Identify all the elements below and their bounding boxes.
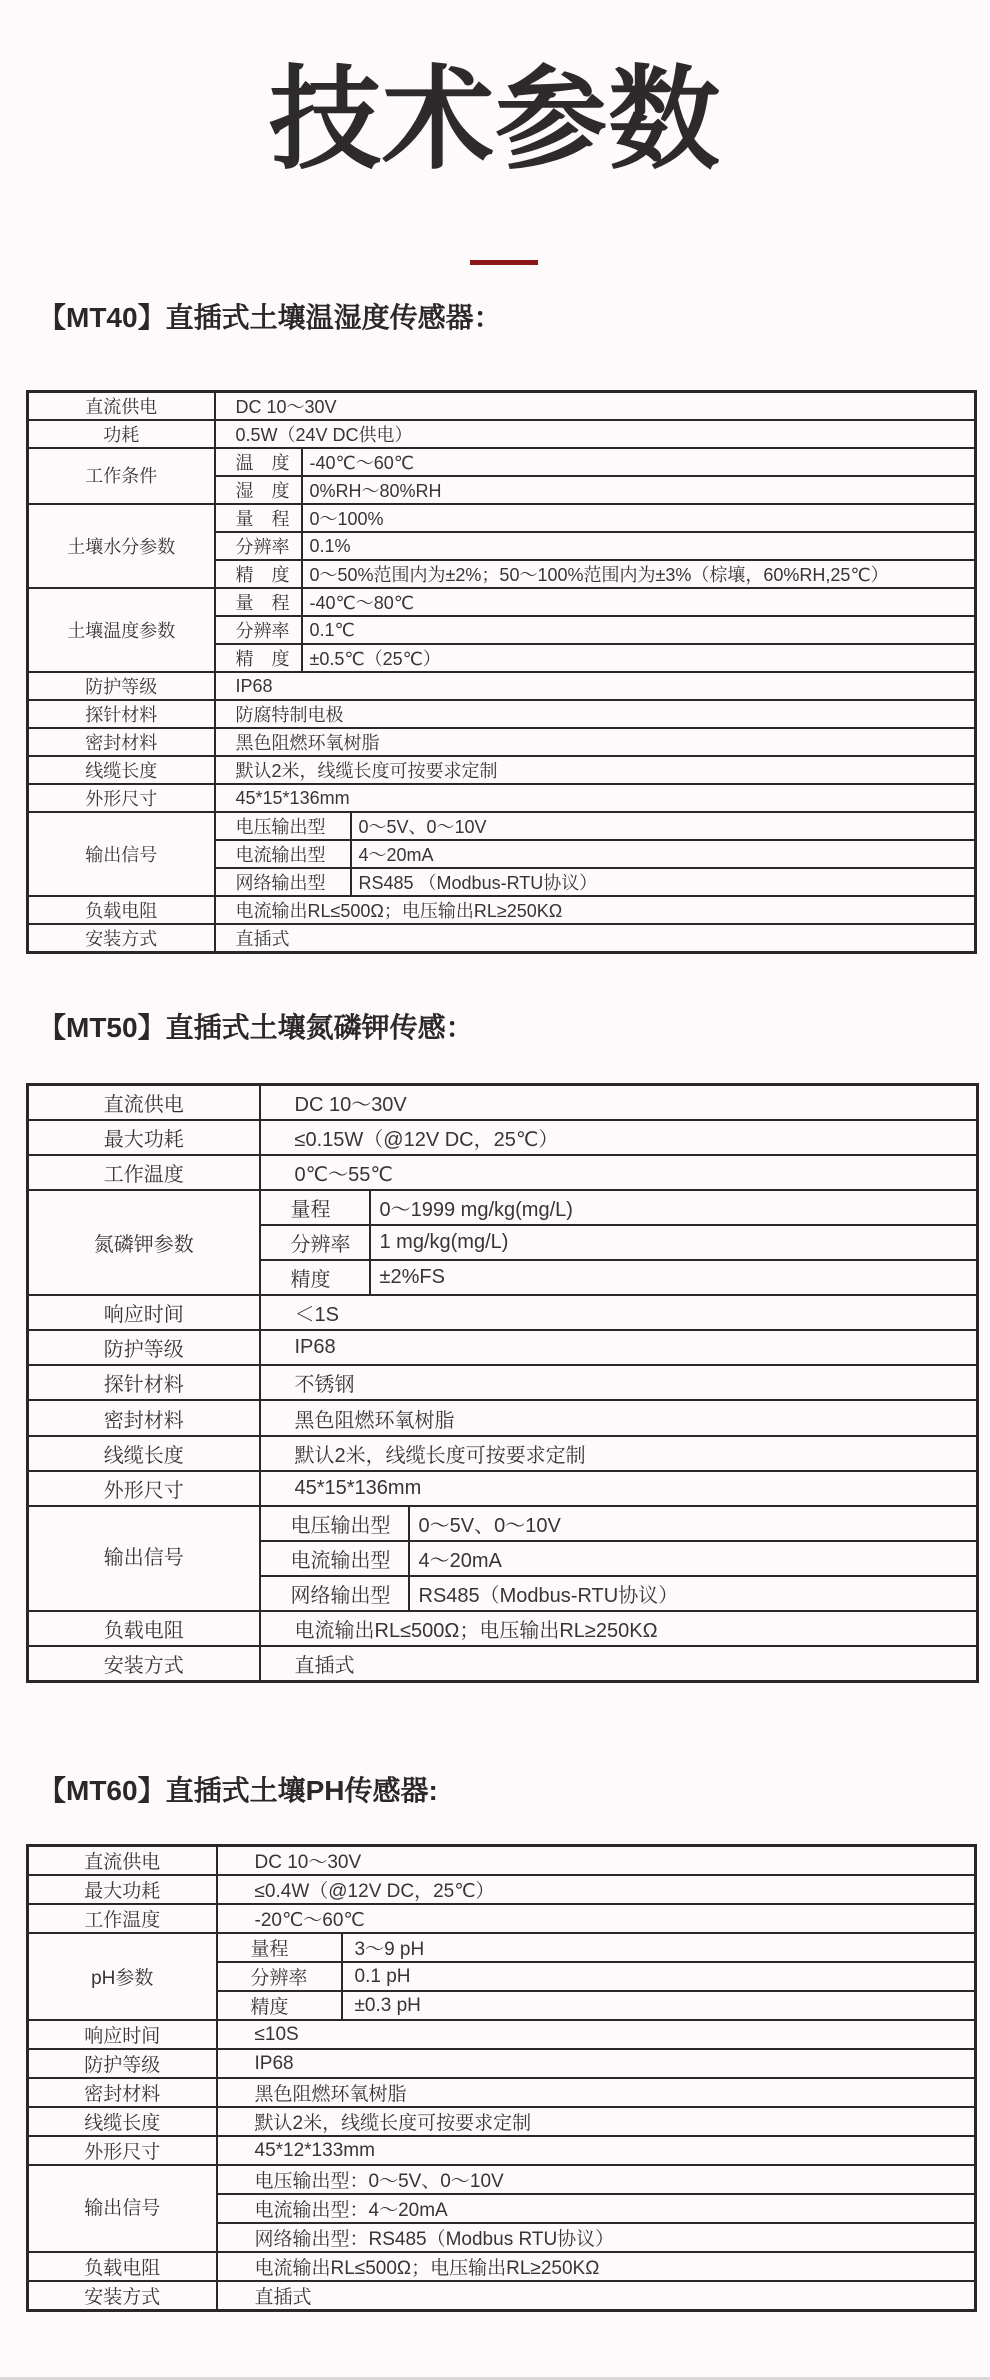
table-row: 防护等级IP68 [28, 1330, 978, 1365]
row-label: 工作温度 [28, 1904, 217, 1933]
spec-page: 技术参数 【MT40】直插式土壤温湿度传感器： 直流供电DC 10～30V功耗0… [0, 0, 990, 2380]
row-label: 直流供电 [28, 1846, 217, 1876]
row-value: IP68 [215, 672, 976, 700]
row-label: 工作条件 [28, 448, 215, 504]
table-row: 防护等级IP68 [28, 672, 976, 700]
table-row: 工作温度0℃～55℃ [28, 1155, 978, 1190]
row-value: 电流输出RL≤500Ω；电压输出RL≥250KΩ [215, 896, 976, 924]
row-value: -20℃～60℃ [217, 1904, 976, 1933]
row-label: 负载电阻 [28, 1611, 260, 1646]
row-sublabel: 分辨率 [215, 616, 302, 644]
row-value: 电流输出RL≤500Ω；电压输出RL≥250KΩ [260, 1611, 978, 1646]
row-label: 密封材料 [28, 1400, 260, 1435]
row-value: 电流输出型：4～20mA [217, 2194, 976, 2223]
row-value: -40℃～80℃ [302, 588, 976, 616]
table-row: 负载电阻电流输出RL≤500Ω；电压输出RL≥250KΩ [28, 1611, 978, 1646]
table-row: 线缆长度默认2米，线缆长度可按要求定制 [28, 1436, 978, 1471]
row-label: 功耗 [28, 420, 215, 448]
table-row: 工作条件温 度-40℃～60℃ [28, 448, 976, 476]
spec-table-mt60: 直流供电DC 10～30V最大功耗≤0.4W（@12V DC，25℃）工作温度-… [26, 1844, 977, 2312]
row-value: 0.1% [302, 532, 976, 560]
table-row: 线缆长度默认2米，线缆长度可按要求定制 [28, 2107, 976, 2136]
row-value: 45*15*136mm [260, 1471, 978, 1506]
table-row: 直流供电DC 10～30V [28, 392, 976, 421]
table-row: 探针材料不锈钢 [28, 1365, 978, 1400]
row-value: RS485 （Modbus-RTU协议） [351, 868, 976, 896]
table-row: 防护等级IP68 [28, 2049, 976, 2078]
table-row: 密封材料黑色阻燃环氧树脂 [28, 1400, 978, 1435]
row-value: ≤0.4W（@12V DC，25℃） [217, 1875, 976, 1904]
row-value: 电压输出型：0～5V、0～10V [217, 2165, 976, 2194]
table-row: 响应时间≤10S [28, 2020, 976, 2049]
row-label: 直流供电 [28, 392, 215, 421]
row-label: 外形尺寸 [28, 1471, 260, 1506]
table-row: 土壤温度参数量 程-40℃～80℃ [28, 588, 976, 616]
page-title: 技术参数 [0, 55, 990, 185]
row-value: DC 10～30V [217, 1846, 976, 1876]
table-row: 负载电阻电流输出RL≤500Ω；电压输出RL≥250KΩ [28, 2252, 976, 2281]
table-row: 探针材料防腐特制电极 [28, 700, 976, 728]
table-row: 负载电阻电流输出RL≤500Ω；电压输出RL≥250KΩ [28, 896, 976, 924]
row-sublabel: 分辨率 [215, 532, 302, 560]
table-row: 外形尺寸45*12*133mm [28, 2136, 976, 2165]
row-value: 不锈钢 [260, 1365, 978, 1400]
table-row: 外形尺寸45*15*136mm [28, 784, 976, 812]
row-value: 默认2米，线缆长度可按要求定制 [260, 1436, 978, 1471]
row-label: 工作温度 [28, 1155, 260, 1190]
row-value: ±2%FS [370, 1260, 978, 1295]
table-row: 土壤水分参数量 程0～100% [28, 504, 976, 532]
row-sublabel: 量 程 [215, 588, 302, 616]
row-sublabel: 精 度 [215, 560, 302, 588]
row-sublabel: 精 度 [215, 644, 302, 672]
row-label: 线缆长度 [28, 1436, 260, 1471]
row-label: 线缆长度 [28, 2107, 217, 2136]
row-sublabel: 电压输出型 [260, 1506, 409, 1541]
row-value: 4～20mA [351, 840, 976, 868]
row-label: 最大功耗 [28, 1875, 217, 1904]
row-value: 默认2米，线缆长度可按要求定制 [217, 2107, 976, 2136]
row-label: 直流供电 [28, 1085, 260, 1121]
table-row: 输出信号电压输出型：0～5V、0～10V [28, 2165, 976, 2194]
table-row: 功耗0.5W（24V DC供电） [28, 420, 976, 448]
table-row: pH参数量程3～9 pH [28, 1933, 976, 1962]
row-value: ±0.3 pH [342, 1991, 976, 2020]
row-value: 0.1 pH [342, 1962, 976, 1991]
row-value: 直插式 [215, 924, 976, 953]
row-value: 0～5V、0～10V [409, 1506, 978, 1541]
row-value: 黑色阻燃环氧树脂 [215, 728, 976, 756]
row-value: 45*15*136mm [215, 784, 976, 812]
row-value: 黑色阻燃环氧树脂 [217, 2078, 976, 2107]
table-row: 氮磷钾参数量程0～1999 mg/kg(mg/L) [28, 1190, 978, 1225]
row-value: IP68 [260, 1330, 978, 1365]
row-value: -40℃～60℃ [302, 448, 976, 476]
section-heading-mt60: 【MT60】直插式土壤PH传感器: [38, 1774, 438, 1808]
row-value: 0℃～55℃ [260, 1155, 978, 1190]
table-row: 工作温度-20℃～60℃ [28, 1904, 976, 1933]
row-label: 输出信号 [28, 1506, 260, 1611]
table-row: 最大功耗≤0.15W（@12V DC，25℃） [28, 1120, 978, 1155]
row-value: 0.5W（24V DC供电） [215, 420, 976, 448]
table-row: 安装方式直插式 [28, 1646, 978, 1682]
row-value: DC 10～30V [215, 392, 976, 421]
table-row: 外形尺寸45*15*136mm [28, 1471, 978, 1506]
row-sublabel: 湿 度 [215, 476, 302, 504]
table-row: 输出信号电压输出型0～5V、0～10V [28, 812, 976, 840]
row-label: 安装方式 [28, 924, 215, 953]
row-value: IP68 [217, 2049, 976, 2078]
row-label: 密封材料 [28, 728, 215, 756]
row-label: 密封材料 [28, 2078, 217, 2107]
row-value: 网络输出型：RS485（Modbus RTU协议） [217, 2223, 976, 2252]
spec-table-mt50: 直流供电DC 10～30V最大功耗≤0.15W（@12V DC，25℃）工作温度… [26, 1083, 979, 1683]
row-sublabel: 电压输出型 [215, 812, 351, 840]
row-label: 外形尺寸 [28, 784, 215, 812]
table-row: 线缆长度默认2米，线缆长度可按要求定制 [28, 756, 976, 784]
row-value: 0.1℃ [302, 616, 976, 644]
row-value: 4～20mA [409, 1541, 978, 1576]
row-label: 线缆长度 [28, 756, 215, 784]
row-label: 负载电阻 [28, 2252, 217, 2281]
row-value: 防腐特制电极 [215, 700, 976, 728]
row-label: 土壤温度参数 [28, 588, 215, 672]
table-row: 密封材料黑色阻燃环氧树脂 [28, 2078, 976, 2107]
row-label: 输出信号 [28, 2165, 217, 2252]
row-value: 0～50%范围内为±2%；50～100%范围内为±3%（棕壤，60%RH,25℃… [302, 560, 976, 588]
row-label: 防护等级 [28, 672, 215, 700]
row-label: 响应时间 [28, 2020, 217, 2049]
row-label: 负载电阻 [28, 896, 215, 924]
table-row: 响应时间＜1S [28, 1295, 978, 1330]
row-label: 安装方式 [28, 2281, 217, 2311]
row-label: pH参数 [28, 1933, 217, 2020]
row-value: RS485（Modbus-RTU协议） [409, 1576, 978, 1611]
row-sublabel: 电流输出型 [260, 1541, 409, 1576]
row-sublabel: 电流输出型 [215, 840, 351, 868]
row-label: 探针材料 [28, 1365, 260, 1400]
row-sublabel: 网络输出型 [260, 1576, 409, 1611]
row-sublabel: 网络输出型 [215, 868, 351, 896]
table-row: 安装方式直插式 [28, 924, 976, 953]
row-sublabel: 量 程 [215, 504, 302, 532]
row-value: 0%RH～80%RH [302, 476, 976, 504]
row-sublabel: 温 度 [215, 448, 302, 476]
row-sublabel: 分辨率 [217, 1962, 342, 1991]
row-label: 氮磷钾参数 [28, 1190, 260, 1295]
row-label: 安装方式 [28, 1646, 260, 1682]
section-heading-mt50: 【MT50】直插式土壤氮磷钾传感： [38, 1011, 474, 1045]
row-value: 0～100% [302, 504, 976, 532]
row-value: 45*12*133mm [217, 2136, 976, 2165]
row-sublabel: 精度 [217, 1991, 342, 2020]
row-label: 外形尺寸 [28, 2136, 217, 2165]
table-row: 密封材料黑色阻燃环氧树脂 [28, 728, 976, 756]
row-value: 0～1999 mg/kg(mg/L) [370, 1190, 978, 1225]
row-value: 1 mg/kg(mg/L) [370, 1225, 978, 1260]
table-body: 直流供电DC 10～30V功耗0.5W（24V DC供电）工作条件温 度-40℃… [28, 392, 976, 953]
row-value: 黑色阻燃环氧树脂 [260, 1400, 978, 1435]
row-value: 电流输出RL≤500Ω；电压输出RL≥250KΩ [217, 2252, 976, 2281]
row-value: 直插式 [260, 1646, 978, 1682]
row-label: 防护等级 [28, 2049, 217, 2078]
row-value: DC 10～30V [260, 1085, 978, 1121]
row-sublabel: 分辨率 [260, 1225, 370, 1260]
row-value: 默认2米，线缆长度可按要求定制 [215, 756, 976, 784]
table-row: 直流供电DC 10～30V [28, 1085, 978, 1121]
row-label: 输出信号 [28, 812, 215, 896]
row-label: 探针材料 [28, 700, 215, 728]
spec-table-mt40: 直流供电DC 10～30V功耗0.5W（24V DC供电）工作条件温 度-40℃… [26, 390, 977, 954]
row-sublabel: 量程 [260, 1190, 370, 1225]
row-value: ≤10S [217, 2020, 976, 2049]
title-underline [470, 260, 538, 265]
table-row: 最大功耗≤0.4W（@12V DC，25℃） [28, 1875, 976, 1904]
table-row: 直流供电DC 10～30V [28, 1846, 976, 1876]
row-label: 响应时间 [28, 1295, 260, 1330]
table-body: 直流供电DC 10～30V最大功耗≤0.4W（@12V DC，25℃）工作温度-… [28, 1846, 976, 2311]
table-body: 直流供电DC 10～30V最大功耗≤0.15W（@12V DC，25℃）工作温度… [28, 1085, 978, 1682]
row-sublabel: 精度 [260, 1260, 370, 1295]
row-value: 直插式 [217, 2281, 976, 2311]
row-value: 0～5V、0～10V [351, 812, 976, 840]
row-value: ≤0.15W（@12V DC，25℃） [260, 1120, 978, 1155]
table-row: 输出信号电压输出型0～5V、0～10V [28, 1506, 978, 1541]
section-heading-mt40: 【MT40】直插式土壤温湿度传感器： [38, 301, 502, 335]
row-sublabel: 量程 [217, 1933, 342, 1962]
row-value: 3～9 pH [342, 1933, 976, 1962]
table-row: 安装方式直插式 [28, 2281, 976, 2311]
row-label: 防护等级 [28, 1330, 260, 1365]
row-label: 最大功耗 [28, 1120, 260, 1155]
row-value: ±0.5℃（25℃） [302, 644, 976, 672]
row-value: ＜1S [260, 1295, 978, 1330]
row-label: 土壤水分参数 [28, 504, 215, 588]
